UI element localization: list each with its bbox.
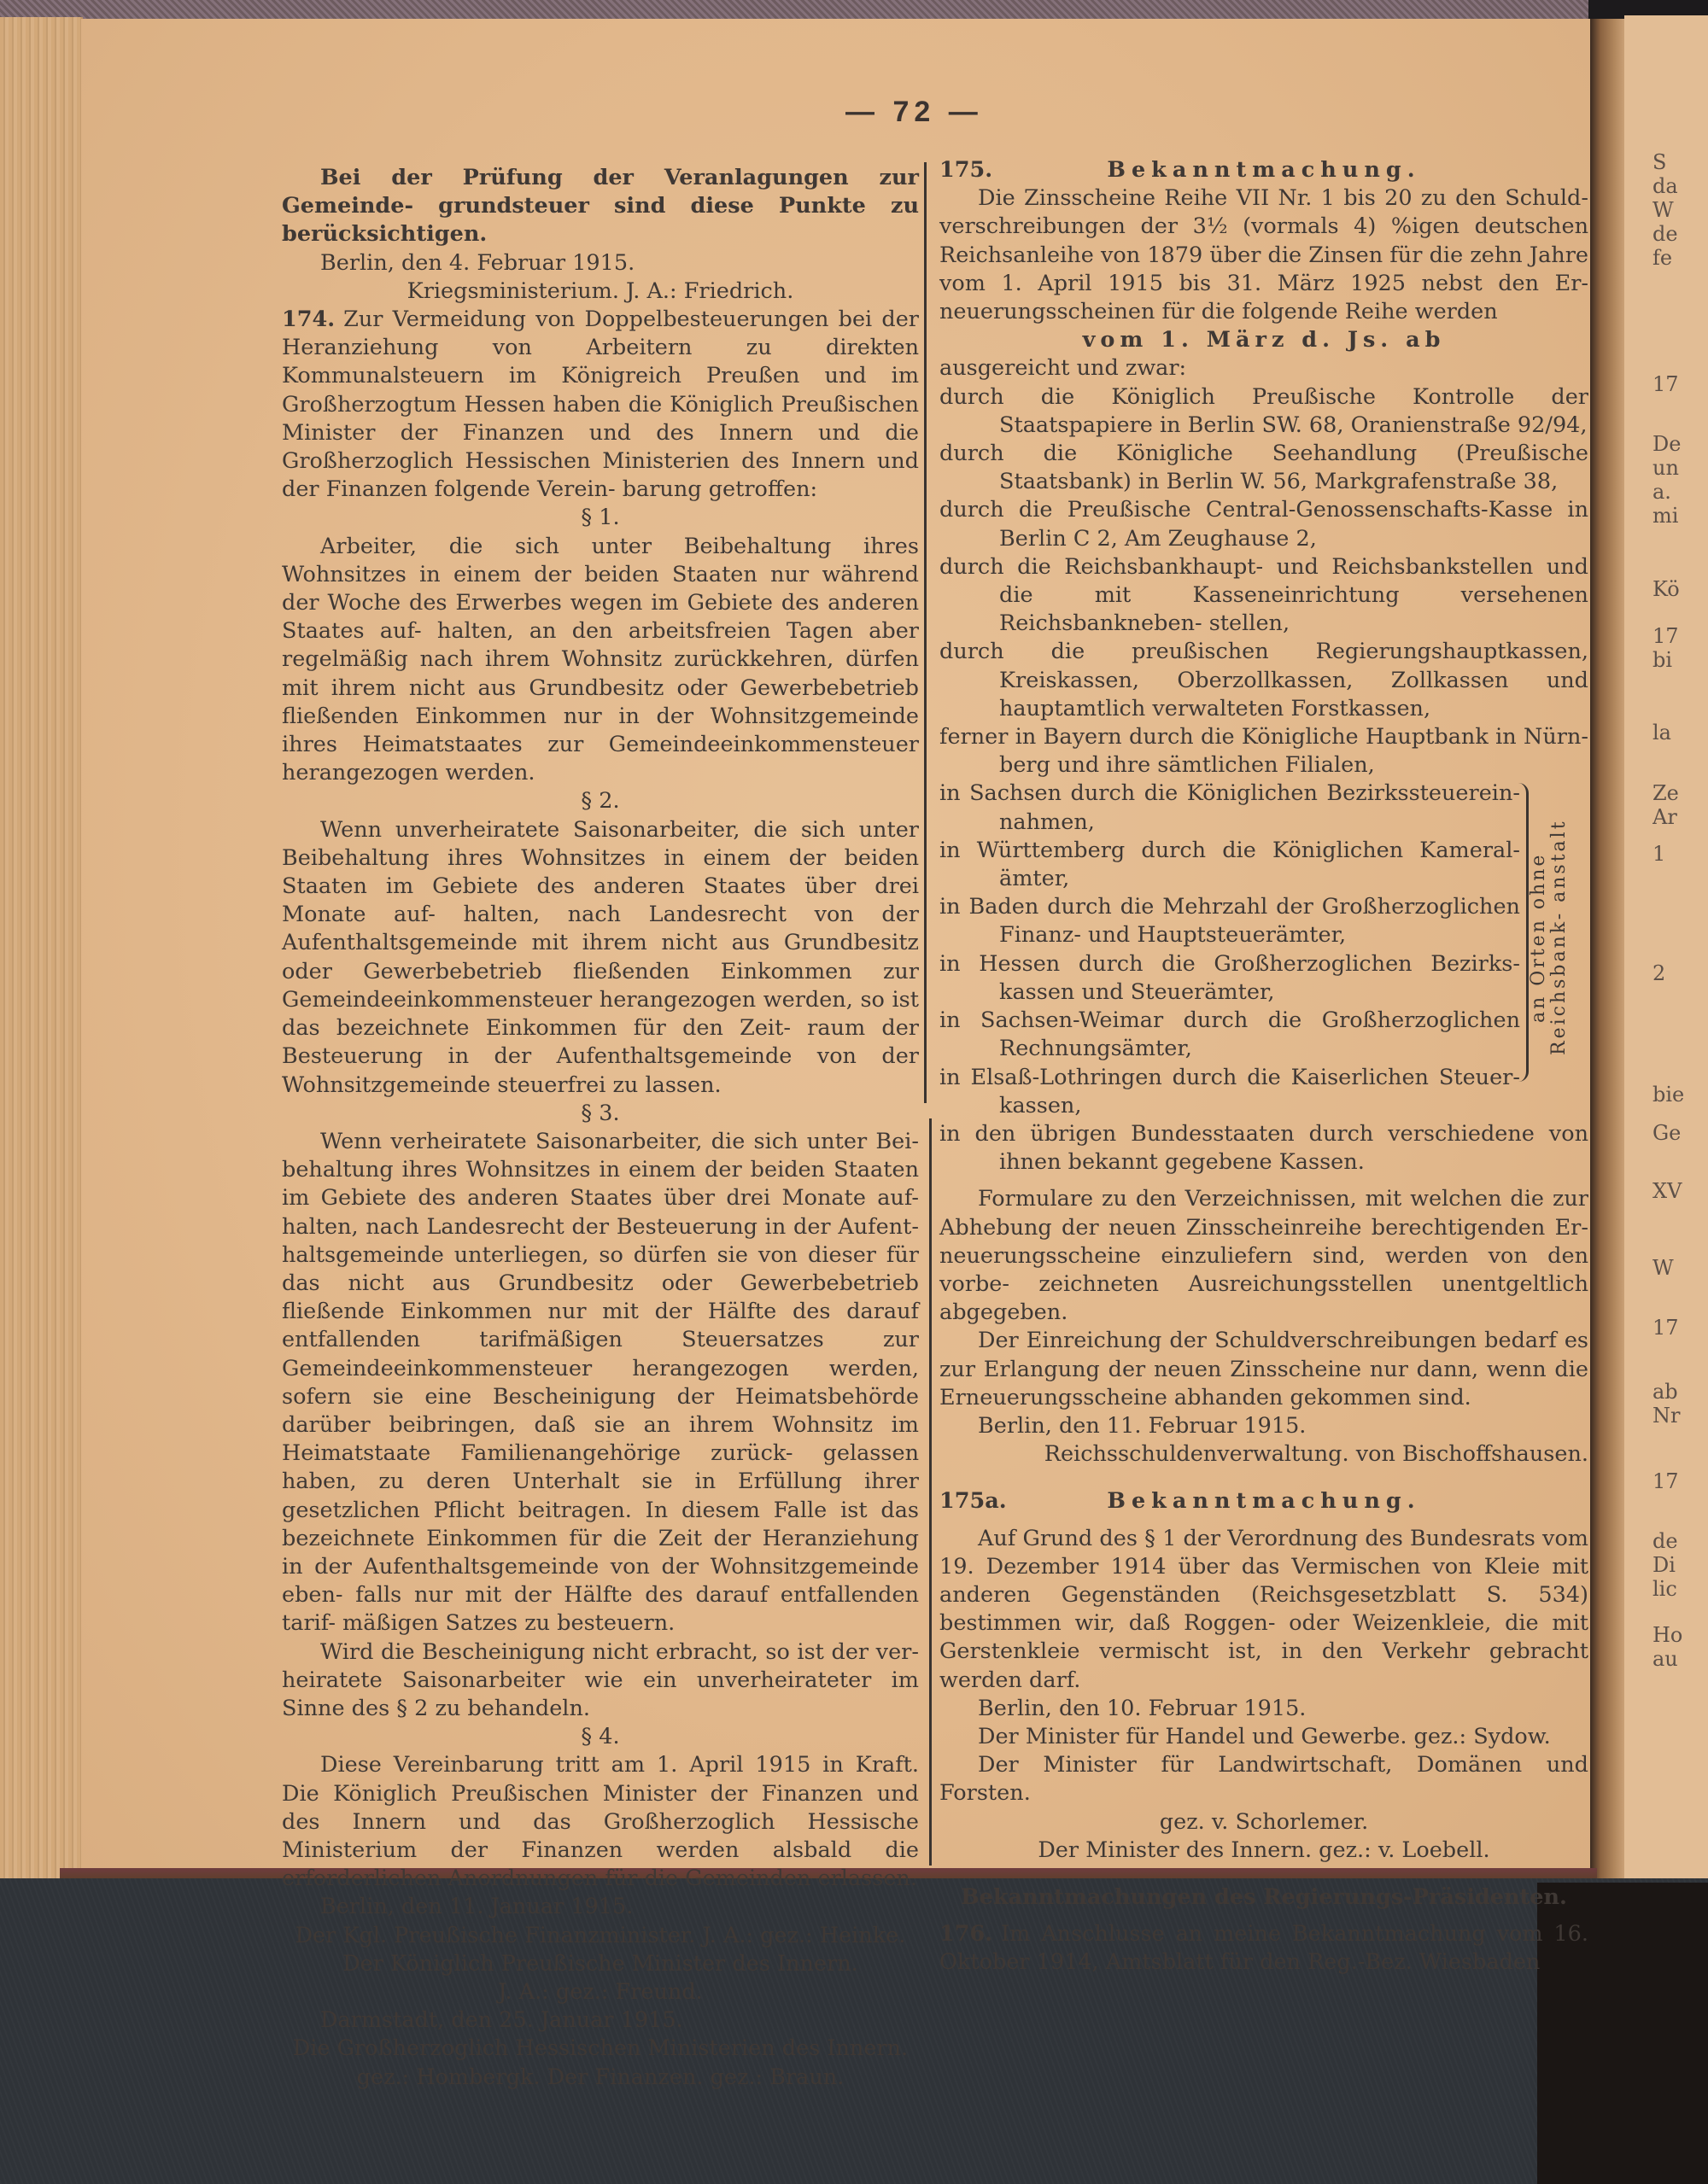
signature: Reichsschuldenverwaltung. von Bischoffsh… — [939, 1440, 1588, 1469]
adjacent-page-fragment: Ar — [1652, 804, 1708, 830]
date-line: vom 1. März d. Js. ab — [939, 326, 1588, 354]
list-item: in Elsaß-Lothringen durch die Kaiserlich… — [939, 1064, 1520, 1120]
lead-line: ausgereicht und zwar: — [939, 354, 1588, 382]
signature: Der Kgl. Preußische Finanzminister. J. A… — [282, 1922, 919, 1950]
adjacent-page-fragment: un — [1652, 455, 1708, 481]
adjacent-page-fragment: Ze — [1652, 780, 1708, 806]
left-column: Bei der Prüfung der Veranlagungen zur Ge… — [282, 164, 919, 2092]
paragraph: Der Einreichung der Schuldverschreibunge… — [939, 1327, 1588, 1412]
place-date: Darmstadt, den 25. Januar 1915. — [282, 2006, 919, 2035]
adjacent-page-fragment: 1 — [1652, 841, 1708, 867]
adjacent-page-fragment: Di — [1652, 1552, 1708, 1578]
adjacent-page-fragment: S — [1652, 149, 1708, 175]
adjacent-page-fragment: de — [1652, 1528, 1708, 1554]
list-item: in Sachsen-Weimar durch die Großherzogli… — [939, 1007, 1520, 1063]
list-item: in Württemberg durch die Königlichen Kam… — [939, 837, 1520, 893]
section-heading: § 2. — [282, 787, 919, 815]
place-date: Berlin, den 4. Februar 1915. — [282, 249, 919, 277]
list-item: durch die Preußische Central-Genossensch… — [939, 496, 1588, 552]
book-gutter — [1590, 19, 1624, 1889]
bracket-side-note: an Orten ohne Reichsbank- anstalt — [1529, 788, 1575, 1087]
place-date: Berlin, den 11. Februar 1915. — [939, 1412, 1588, 1440]
signature: Der Königlich Preußische Minister des In… — [282, 1950, 919, 1978]
adjacent-page-fragment: 17 — [1652, 371, 1708, 397]
adjacent-page-fragment: au — [1652, 1646, 1708, 1672]
item-174-text: Zur Vermeidung von Doppelbesteuerungen b… — [282, 307, 919, 502]
list-item: durch die Reichsbankhaupt- und Reichsban… — [939, 553, 1588, 639]
page-number: — 72 — — [845, 96, 983, 129]
adjacent-page-fragment: Kö — [1652, 576, 1708, 602]
book-cover-top — [0, 0, 1614, 19]
list-item: durch die Königlich Preußische Kontrolle… — [939, 383, 1588, 440]
list-item: in Hessen durch die Großherzoglichen Bez… — [939, 950, 1520, 1007]
adjacent-page-fragment: lic — [1652, 1576, 1708, 1602]
item-heading: Bekanntmachung. — [939, 1487, 1588, 1515]
item-number: 175a. — [939, 1487, 1007, 1515]
item-176-text: Im Anschlusse an meine Bekanntmachung vo… — [939, 1921, 1588, 1975]
adjacent-page — [1624, 15, 1708, 1885]
list-item: in Sachsen durch die Königlichen Bezirks… — [939, 780, 1520, 836]
list-item: ferner in Bayern durch die Königliche Ha… — [939, 723, 1588, 780]
signature: Die Großherzoglich Hessischen Ministerie… — [282, 2035, 919, 2063]
signature: Der Minister für Landwirtschaft, Domänen… — [939, 1751, 1588, 1807]
signature: gez. v. Schorlemer. — [939, 1808, 1588, 1837]
adjacent-page-fragment: W — [1652, 1255, 1708, 1281]
signature: Kriegsministerium. J. A.: Friedrich. — [282, 277, 919, 306]
section-heading: Bekanntmachungen des Regierungs-Präsiden… — [939, 1883, 1588, 1912]
right-column: 175. Bekanntmachung. Die Zinsscheine Rei… — [939, 156, 1588, 1977]
adjacent-page-fragment: 17 — [1652, 1315, 1708, 1340]
adjacent-page-fragment: a. — [1652, 479, 1708, 505]
adjacent-page-fragment: W — [1652, 197, 1708, 223]
adjacent-page-fragment: Ho — [1652, 1622, 1708, 1648]
adjacent-page-fragment: fe — [1652, 245, 1708, 271]
adjacent-page-fragment: de — [1652, 221, 1708, 247]
signature: J. A.: gez.: Freund. — [282, 1978, 919, 2006]
paragraph: Formulare zu den Verzeichnissen, mit wel… — [939, 1185, 1588, 1327]
adjacent-page-fragment: la — [1652, 720, 1708, 745]
bracketed-list: in Sachsen durch die Königlichen Bezirks… — [939, 780, 1520, 1119]
list-item: durch die Königliche Seehandlung (Preußi… — [939, 440, 1588, 496]
adjacent-page-fragment: 17 — [1652, 623, 1708, 649]
item-175-intro: Die Zinsscheine Reihe VII Nr. 1 bis 20 z… — [939, 184, 1588, 326]
adjacent-page-fragment: bi — [1652, 647, 1708, 673]
signature: Der Minister des Innern. gez.: v. Loebel… — [939, 1837, 1588, 1865]
signature: Der Minister für Handel und Gewerbe. gez… — [939, 1723, 1588, 1751]
adjacent-page-fragment: ab — [1652, 1379, 1708, 1404]
adjacent-page-fragment: De — [1652, 431, 1708, 457]
adjacent-page-fragment: 17 — [1652, 1469, 1708, 1494]
section-text: Arbeiter, die sich unter Beibehaltung ih… — [282, 533, 919, 788]
paragraph: Auf Grund des § 1 der Verordnung des Bun… — [939, 1525, 1588, 1695]
section-text: Diese Vereinbarung tritt am 1. April 191… — [282, 1751, 919, 1893]
item-number: 174. — [282, 307, 335, 332]
section-text: Wird die Bescheinigung nicht erbracht, s… — [282, 1638, 919, 1724]
section-text: Wenn verheiratete Saisonarbeiter, die si… — [282, 1128, 919, 1638]
adjacent-page-fragment: 2 — [1652, 961, 1708, 986]
section-heading: § 1. — [282, 504, 919, 532]
item-number: 176. — [939, 1921, 992, 1947]
intro-paragraph: Bei der Prüfung der Veranlagungen zur Ge… — [282, 164, 919, 249]
item-heading: Bekanntmachung. — [939, 156, 1588, 184]
item-176: 176.Im Anschlusse an meine Bekanntmachun… — [939, 1920, 1588, 1977]
adjacent-page-fragment: da — [1652, 173, 1708, 199]
adjacent-page-fragment: Nr — [1652, 1403, 1708, 1428]
adjacent-page-fragment: Ge — [1652, 1120, 1708, 1146]
place-date: Berlin, den 10. Februar 1915. — [939, 1695, 1588, 1723]
section-heading: § 3. — [282, 1100, 919, 1128]
list-item: durch die preußischen Regierungshauptkas… — [939, 638, 1588, 723]
signature: gez.: Hombergk. Der Finanzen. gez.: Brau… — [282, 2064, 919, 2092]
section-text: Wenn unverheiratete Saisonarbeiter, die … — [282, 816, 919, 1100]
adjacent-page-fragment: bie — [1652, 1082, 1708, 1107]
column-divider-upper — [924, 162, 927, 1103]
place-date: Berlin, den 11. Januar 1915. — [282, 1893, 919, 1921]
item-174-intro: 174.Zur Vermeidung von Doppelbesteuerung… — [282, 306, 919, 504]
list-item: in den übrigen Bundesstaaten durch versc… — [939, 1120, 1588, 1177]
adjacent-page-fragment: mi — [1652, 503, 1708, 528]
section-heading: § 4. — [282, 1723, 919, 1751]
curly-brace — [1514, 783, 1529, 1082]
list-item: in Baden durch die Mehrzahl der Großherz… — [939, 893, 1520, 949]
adjacent-page-fragment: XV — [1652, 1178, 1708, 1204]
column-divider-lower — [929, 1118, 932, 1866]
item-number: 175. — [939, 156, 992, 184]
page-stack-edge — [0, 17, 83, 1878]
